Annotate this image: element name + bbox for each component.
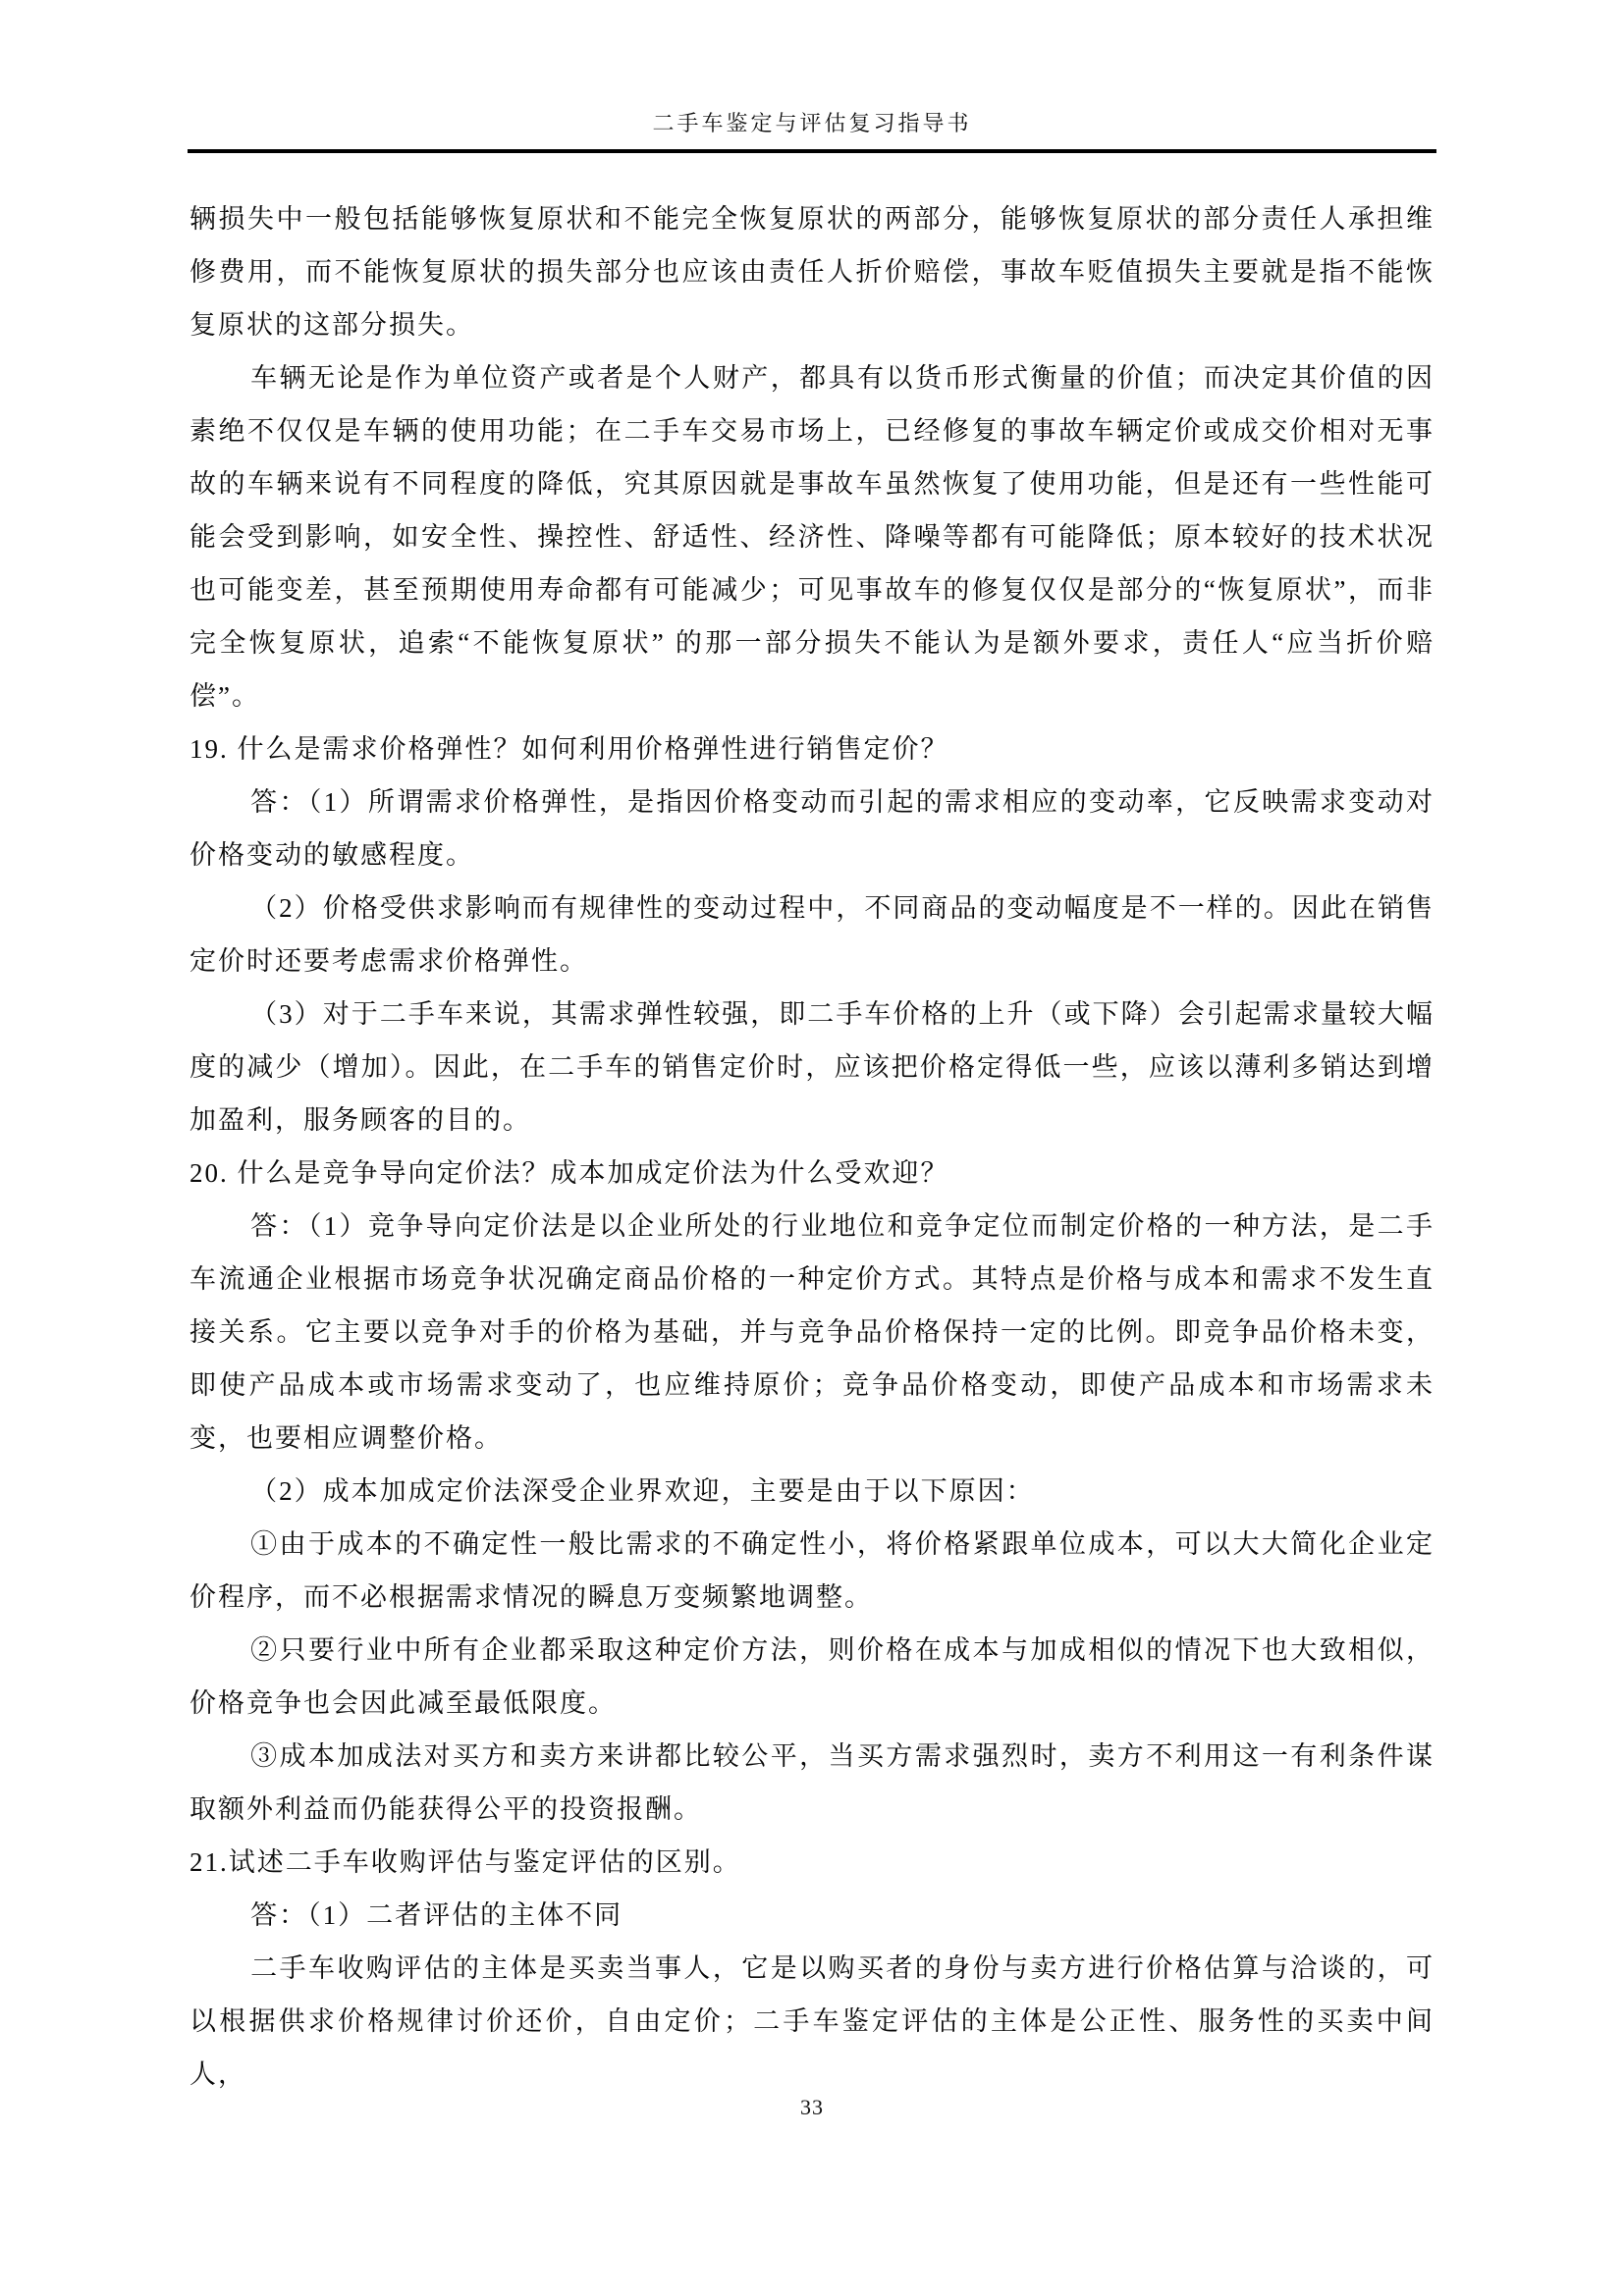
document-body: 辆损失中一般包括能够恢复原状和不能完全恢复原状的两部分，能够恢复原状的部分责任人… [189,192,1435,2101]
header-rule [188,149,1436,153]
document-page: 二手车鉴定与评估复习指导书 辆损失中一般包括能够恢复原状和不能完全恢复原状的两部… [0,0,1624,2296]
page-number: 33 [0,2095,1624,2120]
paragraph: （2）价格受供求影响而有规律性的变动过程中，不同商品的变动幅度是不一样的。因此在… [189,881,1435,988]
paragraph: 20. 什么是竞争导向定价法？成本加成定价法为什么受欢迎？ [189,1147,1435,1200]
paragraph: 二手车收购评估的主体是买卖当事人，它是以购买者的身份与卖方进行价格估算与洽谈的，… [189,1942,1435,2101]
paragraph: （2）成本加成定价法深受企业界欢迎，主要是由于以下原因： [189,1465,1435,1518]
paragraph: 21.试述二手车收购评估与鉴定评估的区别。 [189,1836,1435,1889]
paragraph: 答：（1）二者评估的主体不同 [189,1889,1435,1942]
page-header-title: 二手车鉴定与评估复习指导书 [0,0,1624,137]
paragraph: 辆损失中一般包括能够恢复原状和不能完全恢复原状的两部分，能够恢复原状的部分责任人… [189,192,1435,351]
paragraph: 答：（1）竞争导向定价法是以企业所处的行业地位和竞争定位而制定价格的一种方法，是… [189,1200,1435,1465]
paragraph: 19. 什么是需求价格弹性？如何利用价格弹性进行销售定价？ [189,722,1435,775]
paragraph: ③成本加成法对买方和卖方来讲都比较公平，当买方需求强烈时，卖方不利用这一有利条件… [189,1730,1435,1836]
paragraph: ①由于成本的不确定性一般比需求的不确定性小，将价格紧跟单位成本，可以大大简化企业… [189,1518,1435,1624]
paragraph: （3）对于二手车来说，其需求弹性较强，即二手车价格的上升（或下降）会引起需求量较… [189,988,1435,1147]
paragraph: ②只要行业中所有企业都采取这种定价方法，则价格在成本与加成相似的情况下也大致相似… [189,1624,1435,1730]
paragraph: 车辆无论是作为单位资产或者是个人财产，都具有以货币形式衡量的价值；而决定其价值的… [189,351,1435,722]
paragraph: 答：（1）所谓需求价格弹性，是指因价格变动而引起的需求相应的变动率，它反映需求变… [189,775,1435,881]
page-header: 二手车鉴定与评估复习指导书 [0,0,1624,153]
